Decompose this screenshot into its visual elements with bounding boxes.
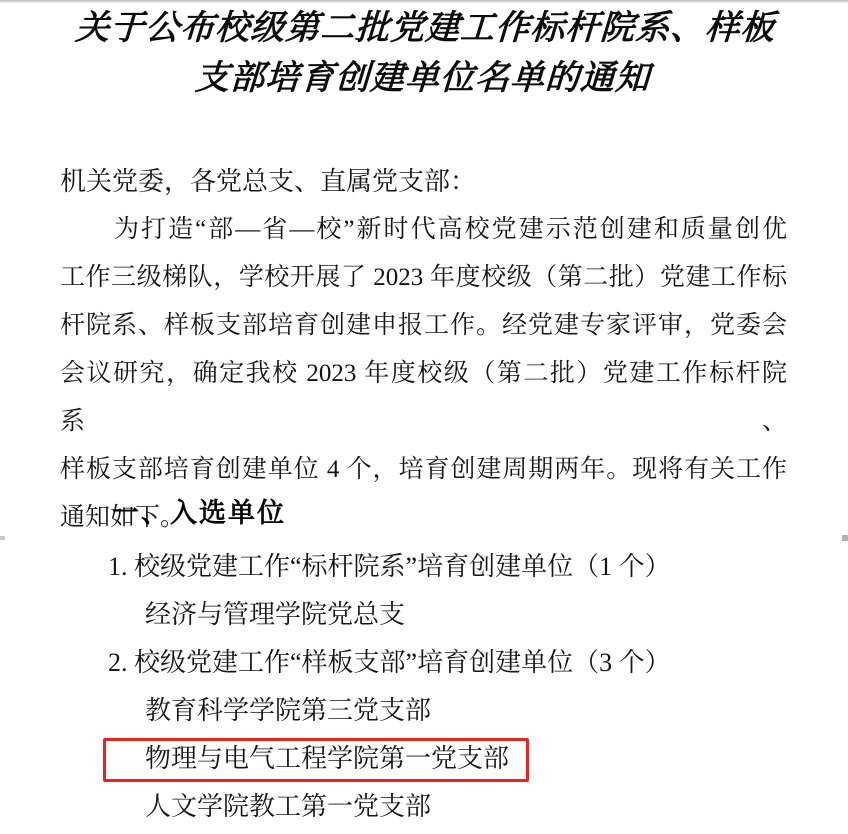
paragraph-line: 为打造“部—省—校”新时代高校党建示范创建和质量创优 [60, 206, 787, 254]
unit-list-item-text: 经济与管理学院党总支 [103, 594, 425, 638]
unit-list-item: 人文学院教工第一党支部 [60, 784, 820, 832]
paragraph-line: 工作三级梯队，学校开展了 2023 年度校级（第二批）党建工作标 [60, 254, 787, 302]
document-page: 关于公布校级第二批党建工作标杆院系、样板支部培育创建单位名单的通知 机关党委，各… [0, 0, 848, 834]
unit-list-item: 经济与管理学院党总支 [60, 592, 820, 640]
document-title-line: 关于公布校级第二批党建工作标杆院系、样板 [0, 4, 848, 54]
unit-list-item-text: 人文学院教工第一党支部 [103, 786, 451, 830]
scan-speck-left [0, 536, 5, 540]
salutation-line: 机关党委，各党总支、直属党支部： [60, 158, 787, 206]
intro-paragraph: 为打造“部—省—校”新时代高校党建示范创建和质量创优工作三级梯队，学校开展了 2… [60, 206, 787, 542]
paragraph-line: 样板支部培育创建单位 4 个，培育创建周期两年。现将有关工作 [60, 446, 787, 494]
paragraph-line: 杆院系、样板支部培育创建申报工作。经党建专家评审，党委会 [60, 302, 787, 350]
section-heading-selected-units: 一、入选单位 [112, 496, 286, 530]
document-title: 关于公布校级第二批党建工作标杆院系、样板支部培育创建单位名单的通知 [0, 4, 848, 104]
paragraph-line: 会议研究，确定我校 2023 年度校级（第二批）党建工作标杆院系、 [60, 350, 787, 446]
scan-speck-right [842, 535, 848, 541]
unit-list-item-text: 2. 校级党建工作“样板支部”培育创建单位（3 个） [66, 642, 691, 686]
unit-list-item-text: 物理与电气工程学院第一党支部 [103, 738, 529, 782]
unit-list-item: 2. 校级党建工作“样板支部”培育创建单位（3 个） [60, 640, 820, 688]
unit-list-item: 1. 校级党建工作“标杆院系”培育创建单位（1 个） [60, 544, 820, 592]
document-body: 机关党委，各党总支、直属党支部： 为打造“部—省—校”新时代高校党建示范创建和质… [60, 158, 787, 542]
unit-list-item-text: 教育科学学院第三党支部 [103, 690, 451, 734]
document-title-line: 支部培育创建单位名单的通知 [0, 54, 848, 104]
selected-units-list: 1. 校级党建工作“标杆院系”培育创建单位（1 个） 经济与管理学院党总支 2.… [60, 544, 820, 832]
unit-list-item-text: 1. 校级党建工作“标杆院系”培育创建单位（1 个） [66, 546, 691, 590]
unit-list-item: 教育科学学院第三党支部 [60, 688, 820, 736]
unit-list-item: 物理与电气工程学院第一党支部 [60, 736, 820, 784]
scan-top-edge-line [0, 0, 848, 3]
